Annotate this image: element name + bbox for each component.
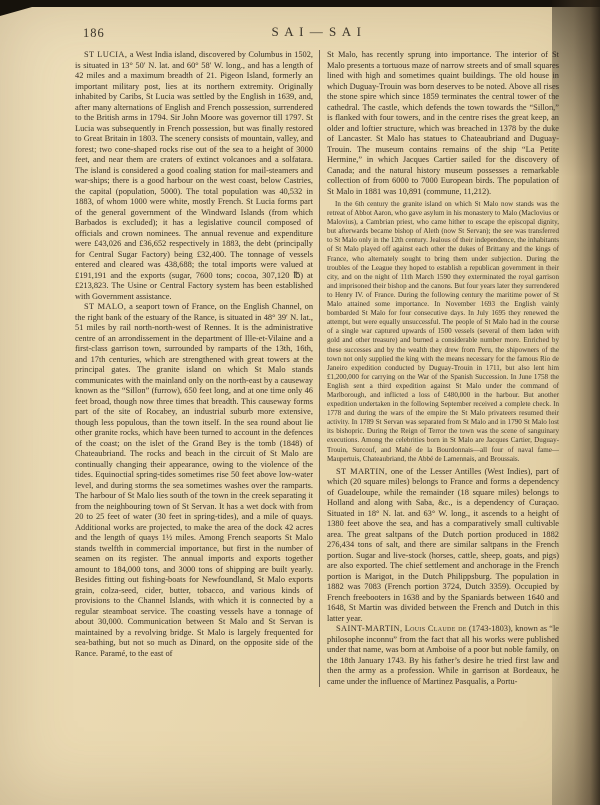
entry-saint-martin-body: (1743-1803), known as “le philosophe inc… — [327, 624, 559, 686]
st-malo-history-body: In the 6th century the granite island on… — [327, 200, 559, 463]
st-malo-continuation: St Malo, has recently sprung into import… — [327, 50, 559, 197]
st-malo-history-small-print: In the 6th century the granite island on… — [327, 200, 559, 464]
entry-st-martin-body: one of the Lesser Antilles (West Indies)… — [327, 467, 559, 623]
scan-top-edge — [0, 0, 600, 7]
entry-st-malo: ST MALO, a seaport town of France, on th… — [75, 302, 313, 659]
headword-saint-martin: SAINT-MARTIN, — [336, 624, 403, 633]
headword-st-malo: ST MALO, — [84, 302, 126, 311]
scan-top-left-corner — [0, 7, 32, 16]
st-malo-continuation-body: St Malo, has recently sprung into import… — [327, 50, 559, 196]
page-curl-shadow — [552, 0, 600, 805]
entry-st-lucia-body: a West India island, discovered by Colum… — [75, 50, 313, 301]
entry-st-martin: ST MARTIN, one of the Lesser Antilles (W… — [327, 467, 559, 625]
saint-martin-person-name: Louis Claude de — [405, 624, 467, 633]
headword-st-martin: ST MARTIN, — [336, 467, 388, 476]
entry-st-malo-body: a seaport town of France, on the English… — [75, 302, 313, 658]
right-column: St Malo, has recently sprung into import… — [320, 50, 559, 687]
page-header: 186 S A I — S A I — [75, 24, 559, 42]
left-column: ST LUCIA, a West India island, discovere… — [75, 50, 319, 687]
running-head: S A I — S A I — [75, 24, 559, 40]
page-content: 186 S A I — S A I ST LUCIA, a West India… — [75, 24, 559, 687]
entry-st-lucia: ST LUCIA, a West India island, discovere… — [75, 50, 313, 302]
book-page-scan: 186 S A I — S A I ST LUCIA, a West India… — [0, 0, 600, 805]
headword-st-lucia: ST LUCIA, — [84, 50, 127, 59]
entry-saint-martin: SAINT-MARTIN, Louis Claude de (1743-1803… — [327, 624, 559, 687]
text-columns: ST LUCIA, a West India island, discovere… — [75, 50, 559, 687]
